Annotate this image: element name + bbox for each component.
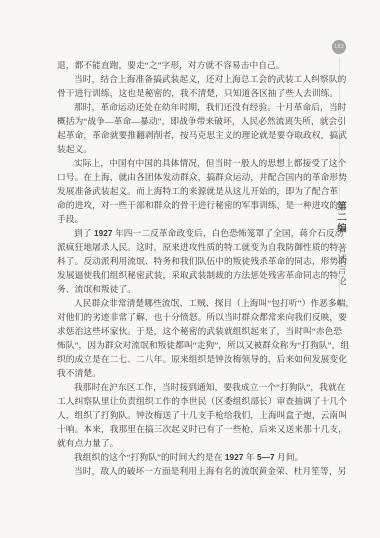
text-segment: 人民群众非常清楚哪些流氓、工贼、探目（上海叫“包打听”）作恶多端， bbox=[74, 298, 354, 308]
text-line: 我组织的这个“打狗队”的时间大约是在 1927 年 5—7 月间。 bbox=[57, 450, 326, 464]
text-line: 工人纠察队里让负责组织工作的李世民（区委组织部长）审查抽调了十几个 bbox=[57, 394, 326, 408]
bold-number: 1927 bbox=[223, 453, 246, 462]
text-line: 怖队”，因为群众对流氓和叛徒都叫“走狗”，所以又被群众称为“打狗队”，组 bbox=[57, 338, 326, 352]
text-line: 对他们的劣迹非常了解，也十分愤怒。所以当时群众都常来向我们反映，要 bbox=[57, 310, 326, 324]
text-segment: 当时，敌人的破坏一方面是利用上海有名的流氓黄金荣、杜月笙等，另 bbox=[74, 466, 346, 476]
text-line: 我那时在沪东区工作，当时接到通知，要我成立一个“打狗队”，我就在 bbox=[57, 380, 326, 394]
text-line: 发展准备武装起义。而上海特工的来源就是从这儿开始的，即为了配合革 bbox=[57, 184, 326, 198]
text-line: 退，都不能直跑，要走“之”字形，对方就不容易击中自己。 bbox=[57, 58, 326, 72]
text-line: 那时，革命运动还处在幼年时期，我们还没有经验。十月革命后，当时 bbox=[57, 100, 326, 114]
text-segment: 人，组织了打狗队。钟汝梅送了十几支手枪给我们，上海叫盒子炮，云南叫 bbox=[57, 410, 347, 420]
text-segment: 我那时在沪东区工作，当时接到通知，要我成立一个“打狗队”，我就在 bbox=[74, 382, 346, 392]
text-segment: 派疯狂地屠杀人民。这时，原来进攻性质的特工就变为自我防御性质的特 bbox=[57, 242, 338, 252]
text-segment: 那时，革命运动还处在幼年时期，我们还没有经验。十月革命后，当时 bbox=[74, 102, 346, 112]
bold-number: 5—7 bbox=[255, 453, 277, 462]
text-line: 当时，敌人的破坏一方面是利用上海有名的流氓黄金荣、杜月笙等，另 bbox=[57, 464, 326, 478]
text-segment: 当时，结合上海准备搞武装起义，还对上海总工会的武装工人纠察队的 bbox=[74, 74, 346, 84]
text-segment: 实际上，中国有中国的具体情况，但当时一般人的思想上都接受了这个 bbox=[74, 158, 346, 168]
text-segment: 装起义。 bbox=[57, 144, 92, 154]
text-segment: 月间。 bbox=[277, 452, 303, 462]
text-line: 人民群众非常清楚哪些流氓、工贼、探目（上海叫“包打听”）作恶多端， bbox=[57, 296, 326, 310]
text-segment: 就有点力量了。 bbox=[57, 438, 119, 448]
text-segment: 科了。反动派利用流氓、特务和我们队伍中的叛徒残杀革命的同志，形势的 bbox=[57, 256, 347, 266]
page-number-badge: 183 bbox=[332, 40, 346, 54]
text-segment: 年四一二反革命政变后，白色恐怖笼罩了全国，蒋介石反动 bbox=[115, 228, 343, 238]
text-segment: 概括为“战争—革命—暴动”，即战争带来破坏，人民必然流离失所，就会引 bbox=[57, 116, 346, 126]
text-line: 起革命，革命就要推翻剥削者，按马克思主义的理论就是要夺取政权，搞武 bbox=[57, 128, 326, 142]
text-line: 派疯狂地屠杀人民。这时，原来进攻性质的特工就变为自我防御性质的特 bbox=[57, 240, 326, 254]
text-segment: 命的进攻，对一些干部和群众的骨干进行秘密的军事训练，是一种进攻的 bbox=[57, 200, 338, 210]
text-line: 求惩治这些坏家伙。于是，这个秘密的武装就组织起来了，当时叫“赤色恐 bbox=[57, 324, 326, 338]
text-line: 织的成立是在二七、二八年。原来组织是钟汝梅领导的，后来如何发展变化 bbox=[57, 352, 326, 366]
text-line: 发展逼使我们组织秘密武装，采取武装制裁的方法惩处残害革命同志的特 bbox=[57, 268, 326, 282]
text-line: 装起义。 bbox=[57, 142, 326, 156]
bold-number: 1927 bbox=[92, 229, 115, 238]
text-line: 务、流氓和叛徒了。 bbox=[57, 282, 326, 296]
text-segment: 务、流氓和叛徒了。 bbox=[57, 284, 136, 294]
text-line: 实际上，中国有中国的具体情况，但当时一般人的思想上都接受了这个 bbox=[57, 156, 326, 170]
text-segment: 起革命，革命就要推翻剥削者，按马克思主义的理论就是要夺取政权，搞武 bbox=[57, 130, 347, 140]
text-segment: 退，都不能直跑，要走“之”字形，对方就不容易击中自己。 bbox=[57, 60, 285, 70]
text-line: 到了 1927 年四一二反革命政变后，白色恐怖笼罩了全国，蒋介石反动 bbox=[57, 226, 326, 240]
text-line: 概括为“战争—革命—暴动”，即战争带来破坏，人民必然流离失所，就会引 bbox=[57, 114, 326, 128]
text-line: 科了。反动派利用流氓、特务和我们队伍中的叛徒残杀革命的同志，形势的 bbox=[57, 254, 326, 268]
text-segment: 我组织的这个“打狗队”的时间大约是在 bbox=[74, 452, 223, 462]
text-line: 当时，结合上海准备搞武装起义，还对上海总工会的武装工人纠察队的 bbox=[57, 72, 326, 86]
text-line: 手段。 bbox=[57, 212, 326, 226]
text-segment: 求惩治这些坏家伙。于是，这个秘密的武装就组织起来了，当时叫“赤色恐 bbox=[57, 326, 342, 336]
text-line: 人，组织了打狗队。钟汝梅送了十几支手枪给我们，上海叫盒子炮，云南叫 bbox=[57, 408, 326, 422]
text-segment: 怖队”，因为群众对流氓和叛徒都叫“走狗”，所以又被群众称为“打狗队”，组 bbox=[57, 340, 349, 350]
text-segment: 十响。本来，我那里在搞三次起义时已有了一些枪，后来又送来那十几支， bbox=[57, 424, 347, 434]
text-segment: 对他们的劣迹非常了解，也十分愤怒。所以当时群众都常来向我们反映，要 bbox=[57, 312, 347, 322]
text-segment: 发展逼使我们组织秘密武装，采取武装制裁的方法惩处残害革命同志的特 bbox=[57, 270, 338, 280]
text-segment: 织的成立是在二七、二八年。原来组织是钟汝梅领导的，后来如何发展变化 bbox=[57, 354, 347, 364]
text-segment: 骨干进行训练，这也是秘密的，我不清楚，只知道各区抽了些人去训练。 bbox=[57, 88, 338, 98]
text-segment: 工人纠察队里让负责组织工作的李世民（区委组织部长）审查抽调了十几个 bbox=[57, 396, 347, 406]
text-line: 口号。在上海，就由各团体发动群众，搞群众运动，并配合国内的革命形势 bbox=[57, 170, 326, 184]
text-segment: 手段。 bbox=[57, 214, 83, 224]
text-segment: 发展准备武装起义。而上海特工的来源就是从这儿开始的，即为了配合革 bbox=[57, 186, 338, 196]
text-line: 命的进攻，对一些干部和群众的骨干进行秘密的军事训练，是一种进攻的 bbox=[57, 198, 326, 212]
text-segment: 我不清楚。 bbox=[57, 368, 101, 378]
text-line: 骨干进行训练，这也是秘密的，我不清楚，只知道各区抽了些人去训练。 bbox=[57, 86, 326, 100]
text-line: 就有点力量了。 bbox=[57, 436, 326, 450]
text-segment: 到了 bbox=[74, 228, 92, 238]
text-segment: 年 bbox=[246, 452, 255, 462]
page-body-text: 退，都不能直跑，要走“之”字形，对方就不容易击中自己。当时，结合上海准备搞武装起… bbox=[57, 58, 326, 478]
text-line: 十响。本来，我那里在搞三次起义时已有了一些枪，后来又送来那十几支， bbox=[57, 422, 326, 436]
book-page: 183 第二编 著述言论 退，都不能直跑，要走“之”字形，对方就不容易击中自己。… bbox=[0, 0, 380, 538]
text-segment: 口号。在上海，就由各团体发动群众，搞群众运动，并配合国内的革命形势 bbox=[57, 172, 347, 182]
text-line: 我不清楚。 bbox=[57, 366, 326, 380]
